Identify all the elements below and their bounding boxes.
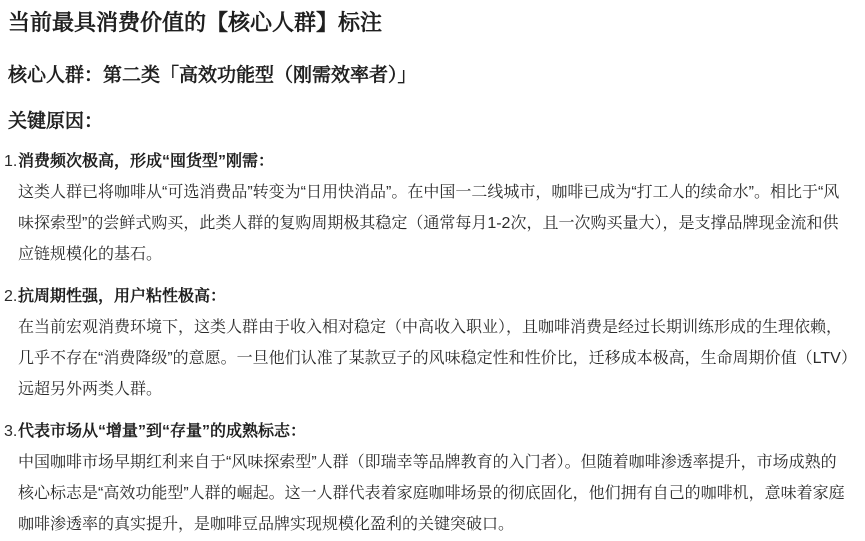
- list-number: 1.: [4, 146, 17, 177]
- reason-item-2: 2. 抗周期性强，用户粘性极高： 在当前宏观消费环境下，这类人群由于收入相对稳定…: [8, 281, 849, 405]
- reason-body: 中国咖啡市场早期红利来自于“风味探索型”人群（即瑞幸等品牌教育的入门者）。但随着…: [18, 447, 849, 540]
- page-title: 当前最具消费价值的【核心人群】标注: [8, 8, 849, 38]
- reason-body: 在当前宏观消费环境下，这类人群由于收入相对稳定（中高收入职业），且咖啡消费是经过…: [18, 312, 849, 405]
- list-number: 3.: [4, 416, 17, 447]
- list-number: 2.: [4, 281, 17, 312]
- key-reasons-heading: 关键原因：: [8, 107, 849, 137]
- reason-heading: 抗周期性强，用户粘性极高：: [18, 281, 849, 312]
- reason-heading: 消费频次极高，形成“囤货型”刚需：: [18, 146, 849, 177]
- reason-body: 这类人群已将咖啡从“可选消费品”转变为“日用快消品”。在中国一二线城市，咖啡已成…: [18, 177, 849, 270]
- reason-item-1: 1. 消费频次极高，形成“囤货型”刚需： 这类人群已将咖啡从“可选消费品”转变为…: [8, 146, 849, 270]
- document-body: 当前最具消费价值的【核心人群】标注 核心人群：第二类「高效功能型（刚需效率者）」…: [0, 0, 865, 540]
- reason-item-3: 3. 代表市场从“增量”到“存量”的成熟标志： 中国咖啡市场早期红利来自于“风味…: [8, 416, 849, 540]
- reasons-list: 1. 消费频次极高，形成“囤货型”刚需： 这类人群已将咖啡从“可选消费品”转变为…: [8, 146, 849, 540]
- reason-heading: 代表市场从“增量”到“存量”的成熟标志：: [18, 416, 849, 447]
- core-group-heading: 核心人群：第二类「高效功能型（刚需效率者）」: [8, 61, 849, 91]
